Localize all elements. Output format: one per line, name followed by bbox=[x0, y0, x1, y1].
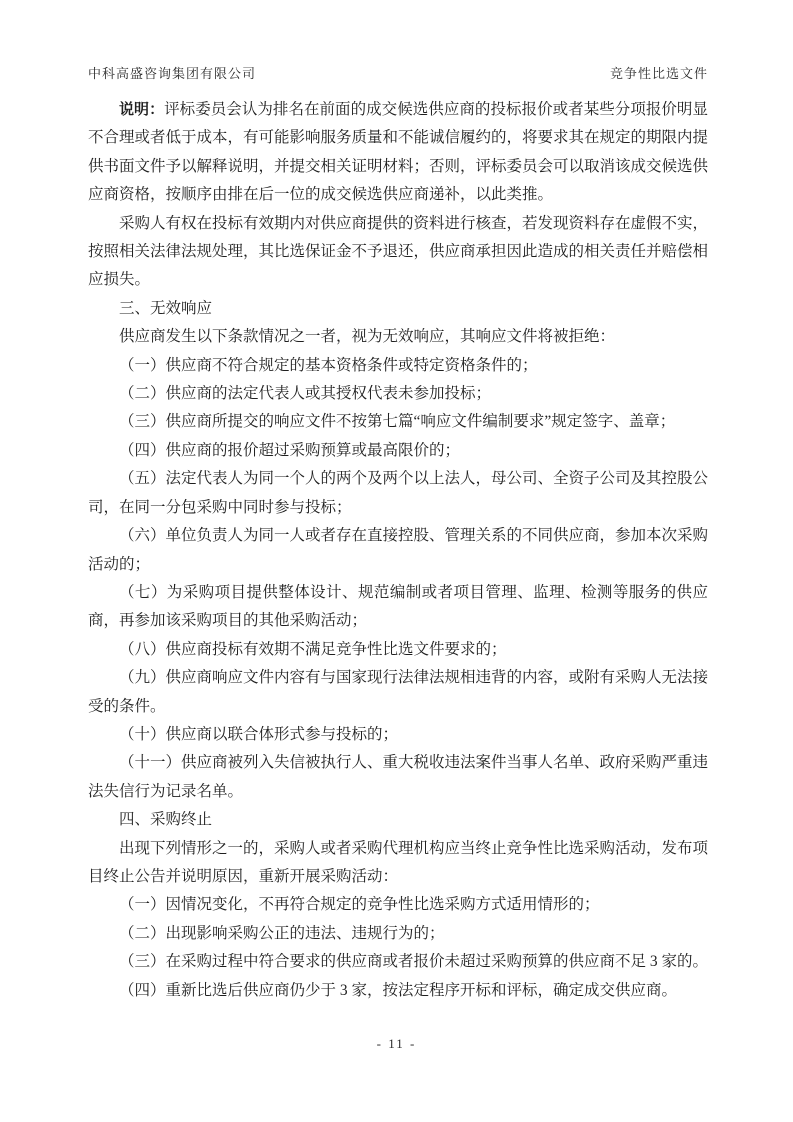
paragraph: （三）在采购过程中符合要求的供应商或者报价未超过采购预算的供应商不足 3 家的。 bbox=[88, 948, 708, 976]
page-footer: - 11 - bbox=[0, 1036, 793, 1052]
paragraph: （二）供应商的法定代表人或其授权代表未参加投标； bbox=[88, 380, 708, 408]
paragraph-lead: 说明： bbox=[119, 101, 164, 118]
paragraph: 供应商发生以下条款情况之一者，视为无效响应，其响应文件将被拒绝： bbox=[88, 323, 708, 351]
page-header: 中科高盛咨询集团有限公司 竞争性比选文件 bbox=[88, 63, 708, 82]
paragraph: （九）供应商响应文件内容有与国家现行法律法规相违背的内容，或附有采购人无法接受的… bbox=[88, 664, 708, 721]
paragraph: 三、无效响应 bbox=[88, 295, 708, 323]
paragraph: （十）供应商以联合体形式参与投标的； bbox=[88, 721, 708, 749]
paragraph: （一）因情况变化，不再符合规定的竞争性比选采购方式适用情形的； bbox=[88, 891, 708, 919]
paragraph: 四、采购终止 bbox=[88, 806, 708, 834]
paragraph: （一）供应商不符合规定的基本资格条件或特定资格条件的； bbox=[88, 352, 708, 380]
paragraph: （四）重新比选后供应商仍少于 3 家，按法定程序开标和评标，确定成交供应商。 bbox=[88, 977, 708, 1005]
paragraph: （十一）供应商被列入失信被执行人、重大税收违法案件当事人名单、政府采购严重违法失… bbox=[88, 749, 708, 806]
paragraph: （五）法定代表人为同一个人的两个及两个以上法人，母公司、全资子公司及其控股公司，… bbox=[88, 465, 708, 522]
paragraph: 出现下列情形之一的，采购人或者采购代理机构应当终止竞争性比选采购活动，发布项目终… bbox=[88, 835, 708, 892]
document-body: 说明：评标委员会认为排名在前面的成交候选供应商的投标报价或者某些分项报价明显不合… bbox=[88, 96, 708, 1005]
header-doc-type: 竞争性比选文件 bbox=[610, 63, 708, 82]
paragraph: （八）供应商投标有效期不满足竞争性比选文件要求的； bbox=[88, 636, 708, 664]
page-number: - 11 - bbox=[377, 1036, 417, 1051]
document-page: 中科高盛咨询集团有限公司 竞争性比选文件 说明：评标委员会认为排名在前面的成交候… bbox=[0, 0, 793, 1122]
paragraph: 说明：评标委员会认为排名在前面的成交候选供应商的投标报价或者某些分项报价明显不合… bbox=[88, 96, 708, 210]
paragraph: 采购人有权在投标有效期内对供应商提供的资料进行核查，若发现资料存在虚假不实，按照… bbox=[88, 210, 708, 295]
paragraph: （三）供应商所提交的响应文件不按第七篇“响应文件编制要求”规定签字、盖章； bbox=[88, 408, 708, 436]
paragraph: （二）出现影响采购公正的违法、违规行为的； bbox=[88, 920, 708, 948]
header-company-name: 中科高盛咨询集团有限公司 bbox=[88, 63, 256, 82]
paragraph: （四）供应商的报价超过采购预算或最高限价的； bbox=[88, 437, 708, 465]
paragraph: （六）单位负责人为同一人或者存在直接控股、管理关系的不同供应商，参加本次采购活动… bbox=[88, 522, 708, 579]
paragraph: （七）为采购项目提供整体设计、规范编制或者项目管理、监理、检测等服务的供应商，再… bbox=[88, 579, 708, 636]
